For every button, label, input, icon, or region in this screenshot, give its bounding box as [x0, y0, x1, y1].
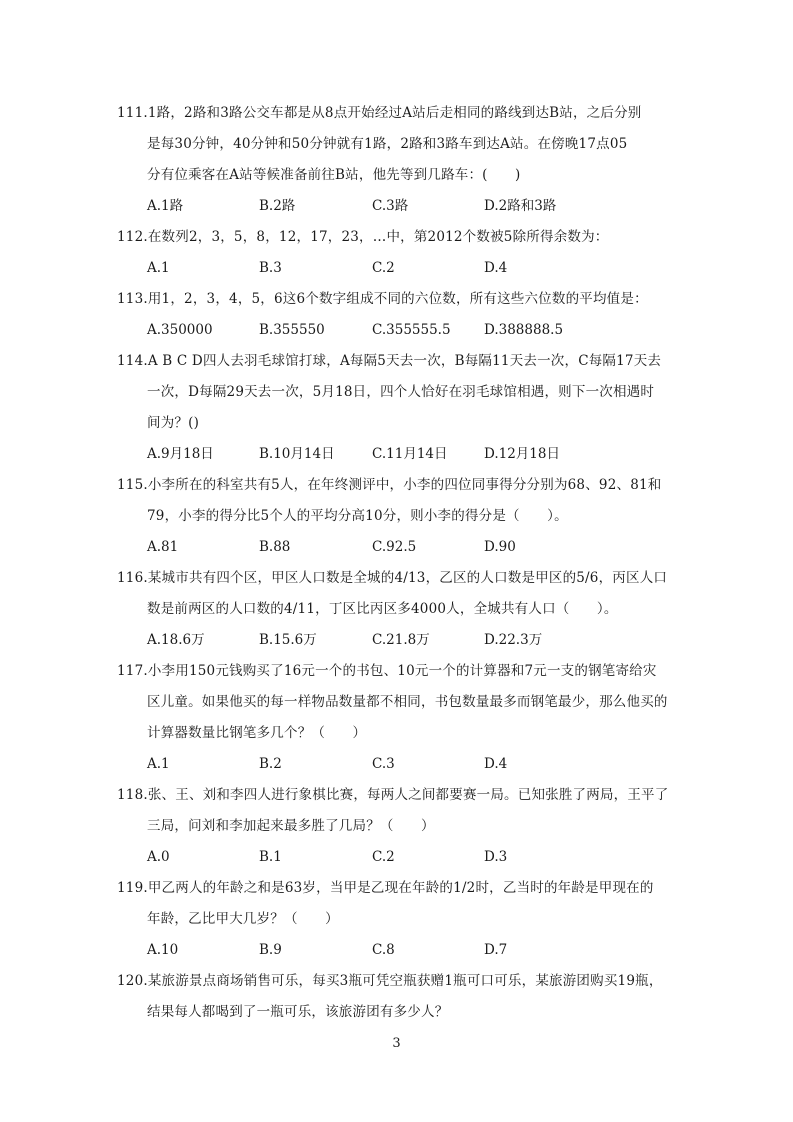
option-a: A.350000: [147, 321, 213, 339]
option-a: A.10: [147, 941, 178, 959]
question-119-line-2: 年龄，乙比甲大几岁？（ ）: [147, 910, 339, 928]
question-118-line-2: 三局，问刘和李加起来最多胜了几局？（ ）: [147, 817, 435, 835]
question-111-line-1: 111.1路，2路和3路公交车都是从8点开始经过A站后走相同的路线到达B站，之后…: [117, 104, 641, 122]
option-b: B.88: [259, 538, 290, 556]
option-d: D.4: [484, 259, 507, 277]
question-114-line-1: 114.A B C D四人去羽毛球馆打球，A每隔5天去一次，B每隔11天去一次，…: [117, 352, 661, 370]
question-111-line-2: 是每30分钟，40分钟和50分钟就有1路，2路和3路车到达A站。在傍晚17点05: [147, 135, 627, 153]
option-d: D.12月18日: [484, 445, 560, 463]
option-c: C.92.5: [372, 538, 416, 556]
page-number: 3: [0, 1036, 793, 1051]
question-111-line-3: 分有位乘客在A站等候准备前往B站，他先等到几路车：( ): [147, 166, 521, 184]
option-c: C.21.8万: [372, 631, 430, 649]
option-a: A.18.6万: [147, 631, 205, 649]
question-112-line-1: 112.在数列2，3，5，8，12，17，23，…中，第2012个数被5除所得余…: [117, 228, 609, 246]
option-d: D.2路和3路: [484, 197, 556, 215]
question-119-line-1: 119.甲乙两人的年龄之和是63岁，当甲是乙现在年龄的1/2时，乙当时的年龄是甲…: [117, 879, 654, 897]
option-b: B.15.6万: [259, 631, 317, 649]
question-113-line-1: 113.用1，2，3，4，5，6这6个数字组成不同的六位数，所有这些六位数的平均…: [117, 290, 648, 308]
question-114-line-2: 一次，D每隔29天去一次，5月18日，四个人恰好在羽毛球馆相遇，则下一次相遇时: [147, 383, 654, 401]
option-b: B.1: [259, 848, 282, 866]
option-b: B.355550: [259, 321, 325, 339]
option-d: D.7: [484, 941, 507, 959]
option-a: A.1: [147, 755, 170, 773]
question-117-line-1: 117.小李用150元钱购买了16元一个的书包、10元一个的计算器和7元一支的钢…: [117, 662, 657, 680]
question-114-line-3: 间为？(): [147, 414, 199, 432]
option-a: A.1路: [147, 197, 183, 215]
question-120-line-2: 结果每人都喝到了一瓶可乐，该旅游团有多少人？: [147, 1003, 448, 1021]
question-118-line-1: 118.张、王、刘和李四人进行象棋比赛，每两人之间都要赛一局。已知张胜了两局，王…: [117, 786, 668, 804]
question-116-line-1: 116.某城市共有四个区，甲区人口数是全城的4/13，乙区的人口数是甲区的5/6…: [117, 569, 667, 587]
option-d: D.22.3万: [484, 631, 542, 649]
question-115-line-1: 115.小李所在的科室共有5人，在年终测评中，小李的四位同事得分分别为68、92…: [117, 476, 661, 494]
question-120-line-1: 120.某旅游景点商场销售可乐，每买3瓶可凭空瓶获赠1瓶可口可乐，某旅游团购买1…: [117, 972, 663, 990]
option-c: C.355555.5: [372, 321, 451, 339]
option-b: B.9: [259, 941, 282, 959]
option-b: B.2路: [259, 197, 295, 215]
option-d: D.4: [484, 755, 507, 773]
document-page: 111.1路，2路和3路公交车都是从8点开始经过A站后走相同的路线到达B站，之后…: [0, 0, 793, 1122]
option-b: B.2: [259, 755, 282, 773]
question-117-line-3: 计算器数量比钢笔多几个？（ ）: [147, 724, 366, 742]
option-a: A.0: [147, 848, 170, 866]
option-c: C.11月14日: [372, 445, 448, 463]
option-b: B.3: [259, 259, 282, 277]
option-c: C.3: [372, 755, 395, 773]
option-d: D.90: [484, 538, 516, 556]
question-115-line-2: 79，小李的得分比5个人的平均分高10分，则小李的得分是（ ）。: [147, 507, 568, 525]
option-a: A.81: [147, 538, 178, 556]
option-b: B.10月14日: [259, 445, 335, 463]
option-c: C.2: [372, 259, 395, 277]
option-d: D.3: [484, 848, 507, 866]
option-c: C.2: [372, 848, 395, 866]
option-c: C.8: [372, 941, 395, 959]
option-a: A.9月18日: [147, 445, 214, 463]
option-d: D.388888.5: [484, 321, 563, 339]
option-a: A.1: [147, 259, 170, 277]
question-117-line-2: 区儿童。如果他买的每一样物品数量都不相同，书包数量最多而钢笔最少，那么他买的: [147, 693, 668, 711]
question-116-line-2: 数是前两区的人口数的4/11，丁区比丙区多4000人，全城共有人口（ ）。: [147, 600, 618, 618]
option-c: C.3路: [372, 197, 408, 215]
